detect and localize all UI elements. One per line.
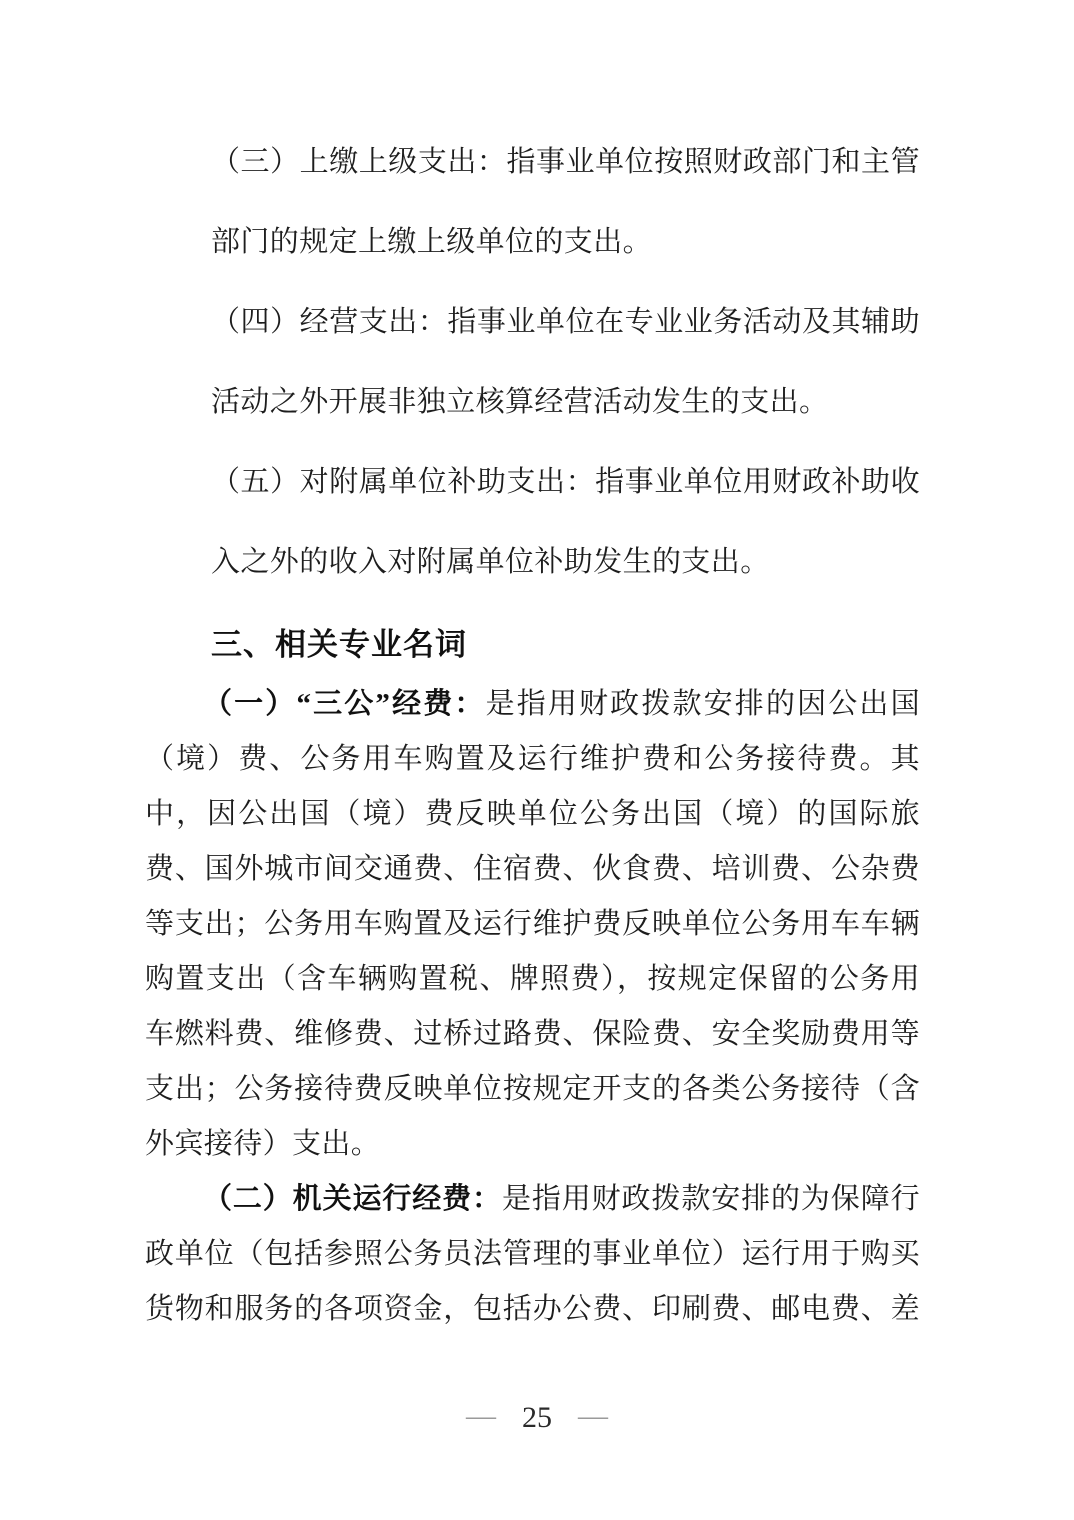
term-lead-sangong: （一）“三公”经费： <box>203 688 486 720</box>
term-lead-jiguan: （二）机关运行经费： <box>203 1183 502 1215</box>
page-number: 25 <box>522 1398 552 1438</box>
expenditure-items-block: （三）上缴上级支出：指事业单位按照财政部门和主管部门的规定上缴上级单位的支出。 … <box>145 122 920 602</box>
page-content: （三）上缴上级支出：指事业单位按照财政部门和主管部门的规定上缴上级单位的支出。 … <box>145 122 920 1337</box>
page-footer: —25— <box>0 1398 1074 1438</box>
term-paragraph-jiguan: （二）机关运行经费：是指用财政拨款安排的为保障行政单位（包括参照公务员法管理的事… <box>145 1172 920 1337</box>
term-paragraph-sangong: （一）“三公”经费：是指用财政拨款安排的因公出国（境）费、公务用车购置及运行维护… <box>145 677 920 1172</box>
paragraph-item-5: （五）对附属单位补助支出：指事业单位用财政补助收入之外的收入对附属单位补助发生的… <box>145 442 920 602</box>
footer-right-dash: — <box>578 1399 608 1432</box>
paragraph-item-4: （四）经营支出：指事业单位在专业业务活动及其辅助活动之外开展非独立核算经营活动发… <box>145 282 920 442</box>
section-heading: 三、相关专业名词 <box>145 625 920 665</box>
paragraph-item-3: （三）上缴上级支出：指事业单位按照财政部门和主管部门的规定上缴上级单位的支出。 <box>145 122 920 282</box>
footer-left-dash: — <box>466 1399 496 1432</box>
term-body-sangong: 是指用财政拨款安排的因公出国（境）费、公务用车购置及运行维护费和公务接待费。其中… <box>145 688 920 1160</box>
document-page: （三）上缴上级支出：指事业单位按照财政部门和主管部门的规定上缴上级单位的支出。 … <box>0 0 1074 1520</box>
terms-block: （一）“三公”经费：是指用财政拨款安排的因公出国（境）费、公务用车购置及运行维护… <box>145 677 920 1337</box>
